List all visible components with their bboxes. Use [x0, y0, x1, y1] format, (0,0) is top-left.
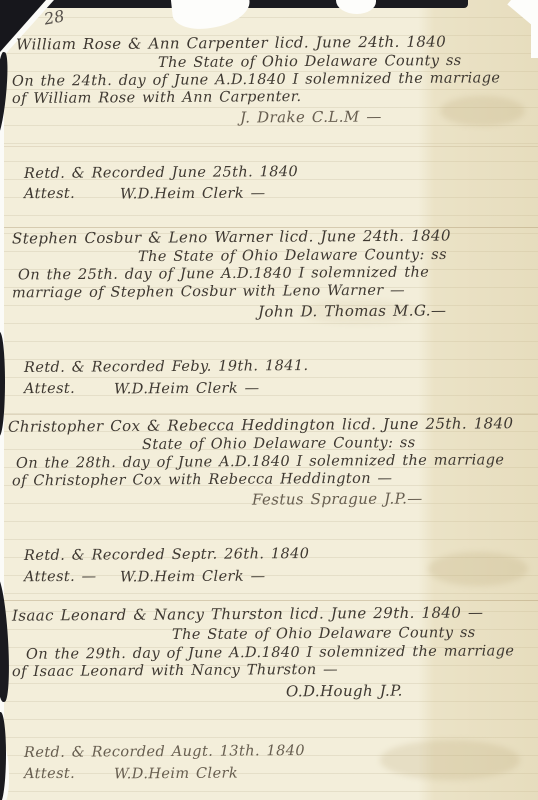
state-line: The State of Ohio Delaware County: ss [138, 248, 447, 265]
return-line: Retd. & Recorded Feby. 19th. 1841. [24, 359, 309, 375]
clerk-signature: W.D.Heim Clerk [114, 767, 238, 782]
body-line: marriage of Stephen Cosbur with Leno War… [12, 284, 405, 301]
officiant-signature: O.D.Hough J.P. [286, 684, 403, 700]
body-line: On the 24th. day of June A.D.1840 I sole… [12, 71, 500, 89]
officiant-signature: John D. Thomas M.G.— [258, 303, 446, 319]
page-number: 28 [43, 6, 66, 28]
handwriting-layer: 28 William Rose & Ann Carpenter licd. Ju… [0, 0, 538, 800]
officiant-signature: J. Drake C.L.M — [240, 110, 382, 126]
attest-label: Attest. [24, 187, 75, 202]
clerk-signature: W.D.Heim Clerk — [120, 186, 266, 202]
record-heading: Stephen Cosbur & Leno Warner licd. June … [12, 228, 451, 246]
body-line: of Christopher Cox with Rebecca Heddingt… [12, 472, 392, 489]
officiant-signature: Festus Sprague J.P.— [252, 491, 423, 507]
clerk-signature: W.D.Heim Clerk — [114, 381, 260, 397]
record-heading: William Rose & Ann Carpenter licd. June … [16, 34, 446, 52]
body-line: of Isaac Leonard with Nancy Thurston — [12, 663, 338, 680]
return-line: Retd. & Recorded June 25th. 1840 [24, 165, 298, 181]
body-line: On the 29th. day of June A.D.1840 I sole… [26, 644, 514, 662]
record-heading: Isaac Leonard & Nancy Thurston licd. Jun… [12, 605, 483, 623]
return-line: Retd. & Recorded Augt. 13th. 1840 [24, 744, 305, 760]
state-line: State of Ohio Delaware County: ss [142, 436, 416, 452]
record-heading: Christopher Cox & Rebecca Heddington lic… [8, 416, 514, 435]
clerk-signature: W.D.Heim Clerk — [120, 569, 266, 585]
body-line: On the 25th. day of June A.D.1840 I sole… [18, 266, 429, 283]
body-line: of William Rose with Ann Carpenter. [12, 90, 302, 107]
state-line: The State of Ohio Delaware County ss [172, 626, 476, 643]
scanned-ledger-page: 28 William Rose & Ann Carpenter licd. Ju… [0, 0, 538, 800]
attest-label: Attest. [24, 767, 75, 782]
attest-label: Attest. — [24, 570, 97, 585]
body-line: On the 28th. day of June A.D.1840 I sole… [16, 453, 504, 471]
attest-label: Attest. [24, 382, 75, 397]
state-line: The State of Ohio Delaware County ss [158, 54, 462, 71]
return-line: Retd. & Recorded Septr. 26th. 1840 [24, 547, 310, 563]
